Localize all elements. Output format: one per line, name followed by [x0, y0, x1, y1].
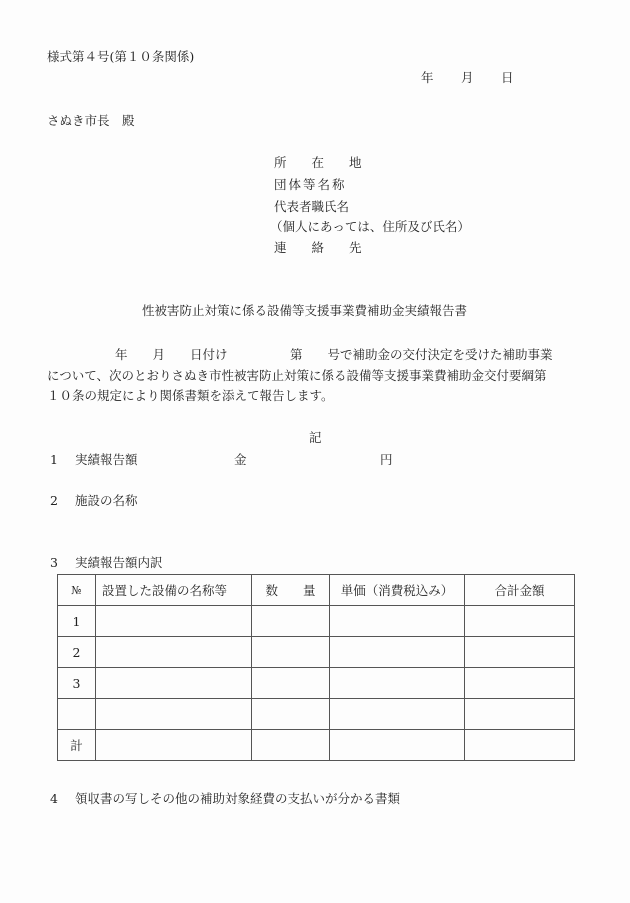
cell-total[interactable] [465, 606, 575, 637]
item-4-label: 領収書の写しその他の補助対象経費の支払いが分かる書類 [75, 791, 400, 807]
body-line-3: １０条の規定により関係書類を添えて報告します。 [47, 388, 334, 404]
document-title: 性被害防止対策に係る設備等支援事業費補助金実績報告書 [142, 303, 467, 319]
total-label: 計 [58, 730, 96, 761]
cell-equipment-name[interactable] [96, 637, 252, 668]
header-unit-price: 単価（消費税込み） [330, 575, 465, 606]
cell-equipment-name[interactable] [96, 606, 252, 637]
applicant-org-label: 団体等名称 [274, 177, 347, 193]
item-2-number: 2 [50, 493, 58, 509]
date-month: 月 [461, 70, 474, 86]
cell-unit-price[interactable] [330, 699, 465, 730]
cell-unit-price[interactable] [330, 730, 465, 761]
item-3-number: 3 [50, 555, 58, 571]
body-line-2: について、次のとおりさぬき市性被害防止対策に係る設備等支援事業費補助金交付要綱第 [47, 368, 547, 384]
body-line-1: 年 月 日付け 第 号で補助金の交付決定を受けた補助事業 [115, 347, 553, 363]
row-number: 1 [58, 606, 96, 637]
cell-unit-price[interactable] [330, 637, 465, 668]
header-no: № [58, 575, 96, 606]
cell-quantity[interactable] [252, 730, 330, 761]
cell-quantity[interactable] [252, 699, 330, 730]
table-header-row: № 設置した設備の名称等 数 量 単価（消費税込み） 合計金額 [58, 575, 575, 606]
table-row: 1 [58, 606, 575, 637]
applicant-rep-label: 代表者職氏名 [274, 199, 349, 215]
applicant-contact-label: 連 絡 先 [274, 240, 362, 256]
date-year: 年 [421, 70, 434, 86]
cell-total[interactable] [465, 730, 575, 761]
cell-quantity[interactable] [252, 606, 330, 637]
item-1-number: 1 [50, 452, 58, 468]
breakdown-table: № 設置した設備の名称等 数 量 単価（消費税込み） 合計金額 1 2 3 計 [57, 574, 575, 761]
header-total: 合計金額 [465, 575, 575, 606]
item-1-kin: 金 [234, 452, 247, 468]
cell-total[interactable] [465, 637, 575, 668]
cell-total[interactable] [465, 699, 575, 730]
item-3-label: 実績報告額内訳 [75, 555, 163, 571]
table-row [58, 699, 575, 730]
row-number [58, 699, 96, 730]
header-equipment-name: 設置した設備の名称等 [96, 575, 252, 606]
table-total-row: 計 [58, 730, 575, 761]
cell-unit-price[interactable] [330, 668, 465, 699]
cell-equipment-name[interactable] [96, 730, 252, 761]
row-number: 2 [58, 637, 96, 668]
date-day: 日 [501, 70, 514, 86]
addressee: さぬき市長 殿 [47, 113, 135, 129]
applicant-address-label: 所 在 地 [274, 155, 362, 171]
form-number: 様式第４号(第１０条関係) [47, 49, 194, 65]
row-number: 3 [58, 668, 96, 699]
item-4-number: 4 [50, 791, 58, 807]
cell-equipment-name[interactable] [96, 668, 252, 699]
header-quantity: 数 量 [252, 575, 330, 606]
cell-quantity[interactable] [252, 668, 330, 699]
cell-unit-price[interactable] [330, 606, 465, 637]
cell-equipment-name[interactable] [96, 699, 252, 730]
item-2-label: 施設の名称 [75, 493, 138, 509]
item-1-yen: 円 [380, 452, 393, 468]
ki-heading: 記 [309, 430, 322, 446]
applicant-individual-note: （個人にあっては、住所及び氏名） [270, 219, 470, 235]
table-row: 3 [58, 668, 575, 699]
cell-total[interactable] [465, 668, 575, 699]
item-1-label: 実績報告額 [75, 452, 138, 468]
cell-quantity[interactable] [252, 637, 330, 668]
table-row: 2 [58, 637, 575, 668]
